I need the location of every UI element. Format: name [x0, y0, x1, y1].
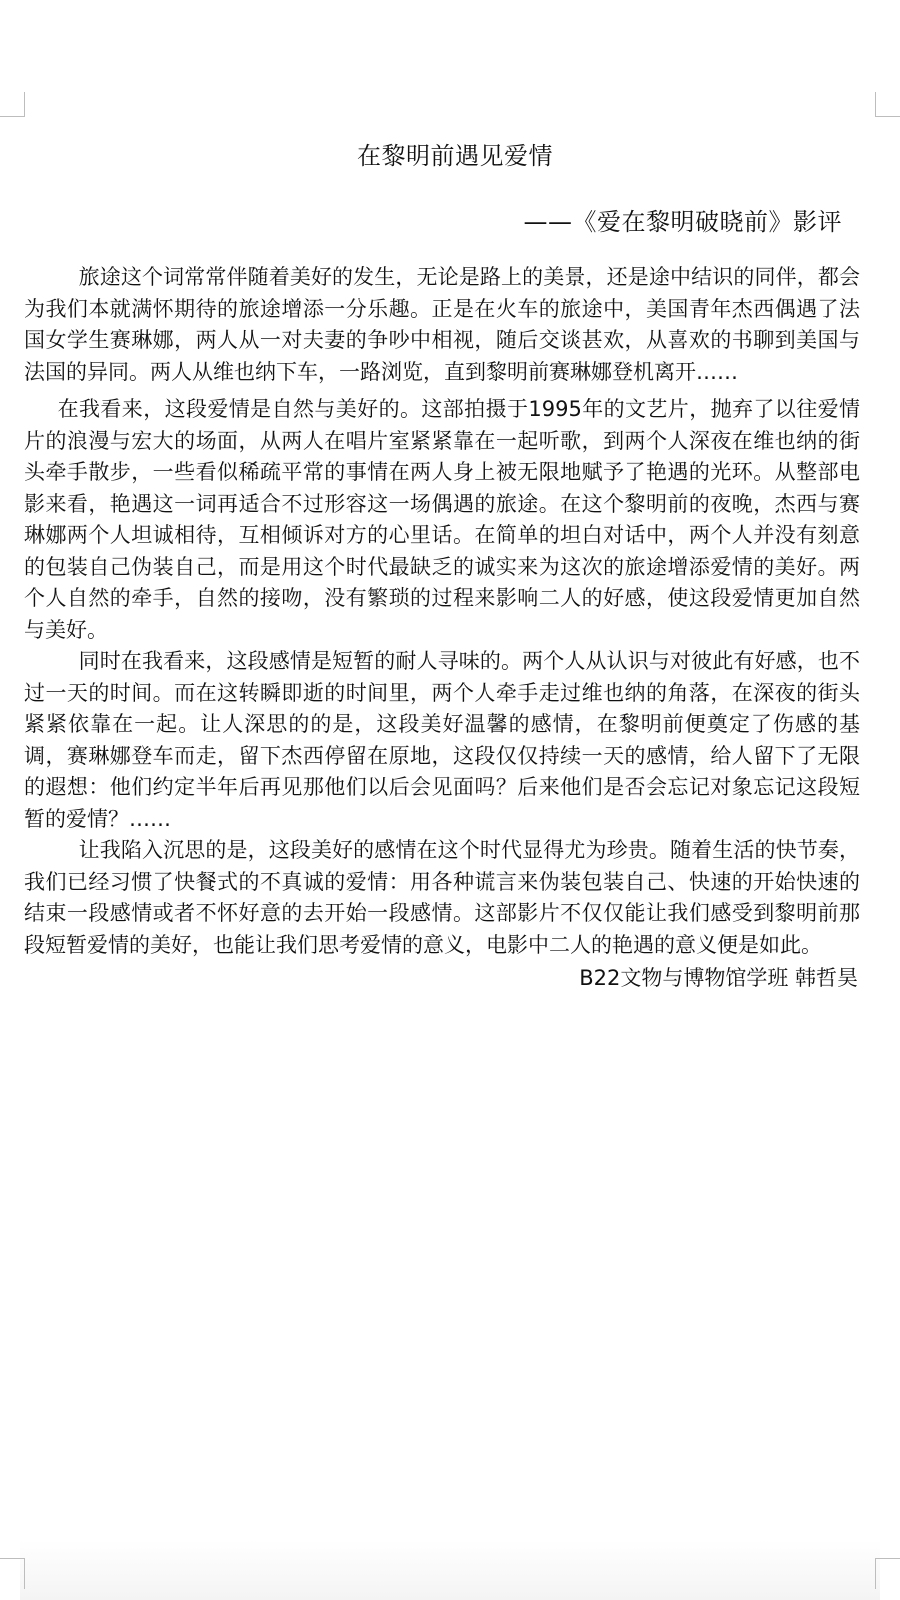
page-corner-mark-bottom-right — [875, 1558, 900, 1589]
document-body: 旅途这个词常常伴随着美好的发生，无论是路上的美景，还是途中结识的同伴，都会为我们… — [24, 262, 860, 995]
author-signature: B22文物与博物馆学班 韩哲昊 — [24, 963, 860, 995]
page-corner-mark-top-left — [0, 92, 25, 117]
page-corner-mark-bottom-left — [0, 1558, 25, 1589]
page-corner-mark-top-right — [875, 92, 900, 117]
paragraph-1: 旅途这个词常常伴随着美好的发生，无论是路上的美景，还是途中结识的同伴，都会为我们… — [24, 262, 860, 388]
page-bottom-edge — [20, 1540, 880, 1600]
paragraph-4: 让我陷入沉思的是，这段美好的感情在这个时代显得尤为珍贵。随着生活的快节奏，我们已… — [24, 835, 860, 961]
paragraph-3: 同时在我看来，这段感情是短暂的耐人寻味的。两个人从认识与对彼此有好感，也不过一天… — [24, 646, 860, 835]
document-title: 在黎明前遇见爱情 — [0, 136, 900, 171]
document-subtitle: ——《爱在黎明破晓前》影评 — [524, 202, 843, 237]
paragraph-2: 在我看来，这段爱情是自然与美好的。这部拍摄于1995年的文艺片，抛弃了以往爱情片… — [24, 394, 860, 646]
document-page: 在黎明前遇见爱情 ——《爱在黎明破晓前》影评 旅途这个词常常伴随着美好的发生，无… — [0, 0, 900, 1600]
